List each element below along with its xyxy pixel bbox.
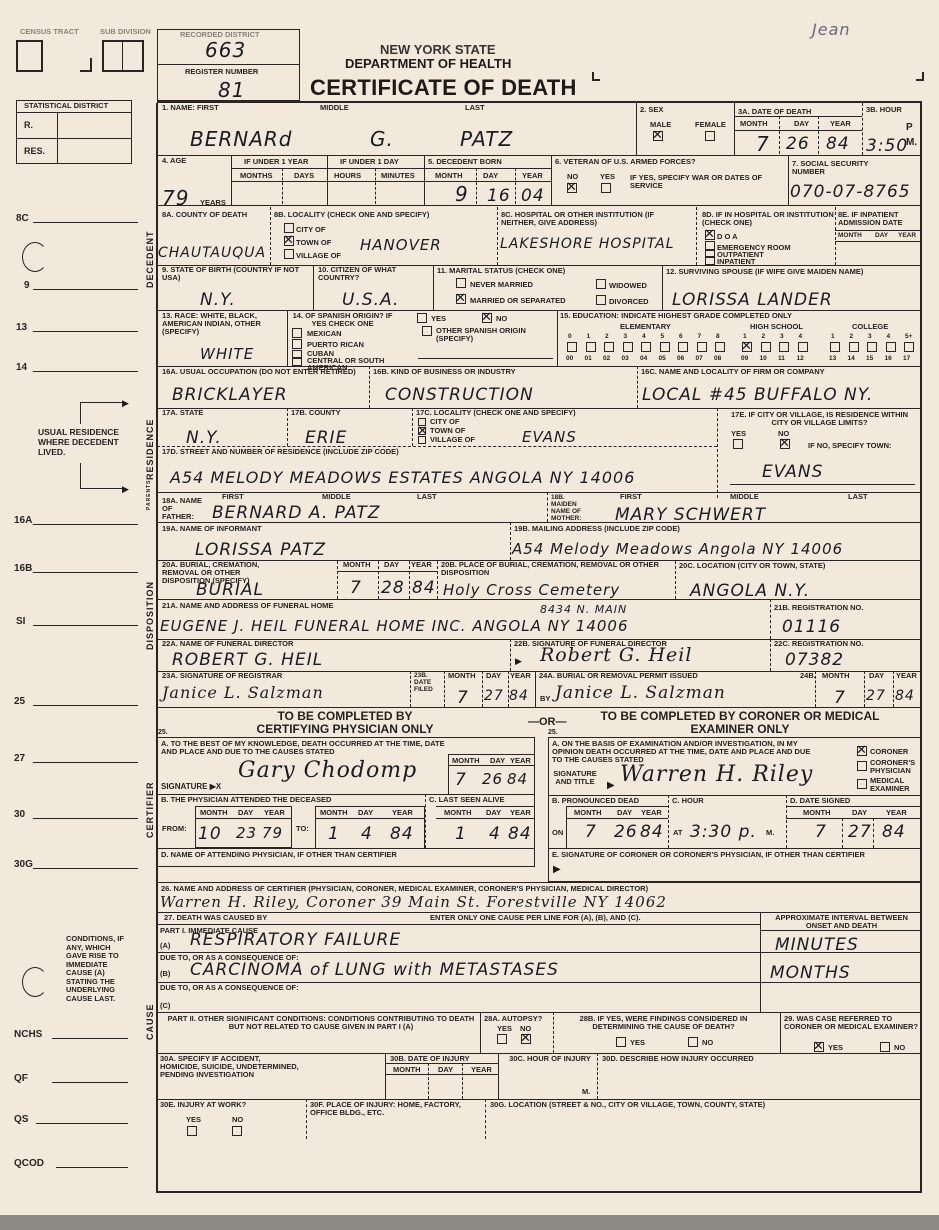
education-checkbox-10[interactable] xyxy=(761,342,771,352)
education-checkbox-02[interactable] xyxy=(604,342,614,352)
education-grade-label: 8 xyxy=(716,333,720,341)
sex-label: 2. Sex xyxy=(640,106,663,114)
coroner-role-label: Coroner xyxy=(870,748,908,756)
mother-last-label: Last xyxy=(848,493,868,501)
autopsy-no-checkbox[interactable] xyxy=(521,1034,531,1044)
physician-day-field[interactable]: 26 xyxy=(482,770,503,788)
middle-name-field[interactable]: G. xyxy=(370,127,394,151)
physician-statement-label: A. To the best of my knowledge, death oc… xyxy=(161,740,451,756)
injury-at-work-label: 30E. Injury at work? xyxy=(160,1101,246,1109)
mailing-address-field[interactable]: A54 Melody Meadows Angola NY 14006 xyxy=(512,540,843,558)
education-code-label: 14 xyxy=(848,355,855,363)
referred-label: 29. Was case referred to coroner or medi… xyxy=(784,1015,919,1031)
year-label: Year xyxy=(510,809,531,817)
doa-checkbox[interactable] xyxy=(705,230,715,240)
marital-status-label: 11. Marital Status (Check one) xyxy=(437,267,565,275)
education-code-label: 00 xyxy=(566,355,573,363)
married-label: Married or Separated xyxy=(470,297,566,305)
education-grade-label: 3 xyxy=(624,333,628,341)
scanner-edge xyxy=(0,1215,939,1230)
register-number-label: Register Number xyxy=(185,68,258,76)
hours-label: Hours xyxy=(334,172,361,180)
signed-day-field[interactable]: 27 xyxy=(848,822,872,842)
medical-examiner-label: Medical Examiner xyxy=(870,777,920,793)
signature-arrow-icon: ▶ xyxy=(515,656,522,667)
last-name-field[interactable]: PATZ xyxy=(460,127,513,151)
education-grade-label: 2 xyxy=(850,333,854,341)
permit-day-field[interactable]: 27 xyxy=(866,688,886,704)
arrow-right-icon: ▶ xyxy=(122,484,129,495)
surviving-spouse-label: 12. Surviving Spouse (If wife give maide… xyxy=(666,268,863,276)
education-grade-label: 5 xyxy=(661,333,665,341)
punch-hole-icon xyxy=(22,242,48,272)
day-label: Day xyxy=(483,172,498,180)
firm-field[interactable]: LOCAL #45 BUFFALO NY. xyxy=(642,385,873,405)
day-label: Day xyxy=(869,672,884,680)
injury-description-label: 30D. Describe how injury occurred xyxy=(602,1055,754,1063)
tab-residence: RESIDENCE xyxy=(145,418,155,480)
education-checkbox-06[interactable] xyxy=(678,342,688,352)
street-field[interactable]: A54 MELODY MEADOWS ESTATES ANGOLA NY 140… xyxy=(170,468,635,487)
accident-label: 30A. Specify if accident, homicide, suic… xyxy=(160,1055,300,1079)
pronounced-day-field[interactable]: 26 xyxy=(614,822,638,842)
census-tract-box[interactable] xyxy=(16,40,43,72)
education-grade-label: 3 xyxy=(780,333,784,341)
divorced-label: Divorced xyxy=(609,298,649,306)
physician-signature-field[interactable]: Gary Chodomp xyxy=(238,758,417,783)
year-label: Year xyxy=(411,561,432,569)
month-label: Month xyxy=(343,561,371,569)
race-field[interactable]: WHITE xyxy=(200,345,254,363)
education-checkbox-04[interactable] xyxy=(641,342,651,352)
education-grade-label: 1 xyxy=(831,333,835,341)
day-label: Day xyxy=(486,672,501,680)
permit-year-field[interactable]: 84 xyxy=(895,688,915,704)
department-title: DEPARTMENT OF HEALTH xyxy=(345,56,511,71)
injury-date-label: 30B. Date of Injury xyxy=(390,1055,470,1063)
locality-town-label: Town of xyxy=(296,239,331,247)
other-spanish-checkbox[interactable] xyxy=(422,326,432,336)
education-checkbox-03[interactable] xyxy=(623,342,633,352)
education-code-label: 09 xyxy=(741,355,748,363)
funeral-home-street[interactable]: 8434 N. MAIN xyxy=(540,603,627,616)
residence-state-field[interactable]: N.Y. xyxy=(186,428,222,448)
certifier-name-address-field[interactable]: Warren H. Riley, Coroner 39 Main St. For… xyxy=(160,893,667,911)
year-label: Year xyxy=(510,672,531,680)
education-checkbox-07[interactable] xyxy=(697,342,707,352)
education-checkbox-16[interactable] xyxy=(886,342,896,352)
mother-middle-label: Middle xyxy=(730,493,759,501)
never-married-label: Never Married xyxy=(470,281,533,289)
married-checkbox[interactable] xyxy=(456,294,466,304)
injury-hour-label: 30C. Hour of Injury xyxy=(500,1055,600,1063)
year-label: Year xyxy=(830,120,851,128)
education-grade-label: 6 xyxy=(679,333,683,341)
education-grade-label: 4 xyxy=(799,333,803,341)
coroner-role-checkbox[interactable] xyxy=(857,746,867,756)
findings-yes-checkbox[interactable] xyxy=(616,1037,626,1047)
margin-code-30g: 30G xyxy=(14,859,33,870)
locality-village-checkbox[interactable] xyxy=(284,249,294,259)
margin-code-9: 9 xyxy=(24,280,30,291)
education-checkbox-01[interactable] xyxy=(586,342,596,352)
other-spanish-label: Other Spanish Origin (Specify) xyxy=(436,327,546,343)
certifier-name-address-label: 26. Name and address of certifier (Physi… xyxy=(161,885,648,893)
puerto-rican-checkbox[interactable] xyxy=(292,339,302,349)
city-limits-no-checkbox[interactable] xyxy=(780,439,790,449)
surviving-spouse-field[interactable]: LORISSA LANDER xyxy=(672,290,833,310)
locality-village-label: Village of xyxy=(296,252,341,260)
central-american-checkbox[interactable] xyxy=(292,358,302,366)
in-hospital-label: 8D. If in hospital or institution (Check… xyxy=(702,211,834,227)
disposition-place-label: 20B. Place of burial, cremation, removal… xyxy=(441,561,661,577)
race-label: 13. Race: White, Black, American Indian,… xyxy=(162,312,282,336)
permit-month-field[interactable]: 7 xyxy=(834,688,846,708)
death-hour-field[interactable]: 3:50 xyxy=(866,136,908,156)
to-year-field[interactable]: 84 xyxy=(390,824,414,844)
locality-field[interactable]: HANOVER xyxy=(360,236,442,254)
month-label: Month xyxy=(200,809,228,817)
veteran-no-checkbox[interactable] xyxy=(567,183,577,193)
at-label: AT xyxy=(673,829,682,837)
mexican-label: Mexican xyxy=(307,330,342,338)
filed-year-field[interactable]: 84 xyxy=(509,688,529,704)
registrar-signature-field[interactable]: Janice L. Salzman xyxy=(162,683,324,702)
education-code-label: 08 xyxy=(714,355,721,363)
education-code-label: 13 xyxy=(829,355,836,363)
punch-hole-icon xyxy=(22,967,48,997)
age-field[interactable]: 79 xyxy=(162,186,189,210)
education-grade-label: 2 xyxy=(605,333,609,341)
district-row-r: R. xyxy=(24,121,33,129)
month-label: Month xyxy=(838,232,862,240)
year-label: Year xyxy=(896,672,917,680)
month-label: Month xyxy=(320,809,348,817)
hospital-label: 8C. Hospital or other institution (If ne… xyxy=(501,211,681,227)
autopsy-yes-checkbox[interactable] xyxy=(497,1034,507,1044)
residence-town-label: Town of xyxy=(430,427,465,435)
coroner-statement-label: A. On the basis of examination and/or in… xyxy=(552,740,812,764)
hospital-field[interactable]: LAKESHORE HOSPITAL xyxy=(500,236,675,252)
education-grade-label: 3 xyxy=(868,333,872,341)
usual-residence-note: USUAL RESIDENCE WHERE DECEDENT LIVED. xyxy=(38,427,128,457)
days-label: Days xyxy=(294,172,314,180)
education-checkbox-11[interactable] xyxy=(779,342,789,352)
permit-by-label: BY xyxy=(540,695,550,703)
hour-ampm: P M. xyxy=(906,120,916,150)
ssn-field[interactable]: 070-07-8765 xyxy=(790,182,911,202)
funeral-home-field[interactable]: EUGENE J. HEIL FUNERAL HOME INC. ANGOLA … xyxy=(160,617,629,635)
from-label: From: xyxy=(162,825,187,833)
death-certificate: Census Tract Sub Division Recorded Distr… xyxy=(0,0,939,1215)
disposition-method-field[interactable]: BURIAL xyxy=(196,580,264,600)
day-label: Day xyxy=(490,757,505,765)
death-month-field[interactable]: 7 xyxy=(756,132,770,156)
disposition-year-field[interactable]: 84 xyxy=(412,578,436,598)
margin-note: Jean xyxy=(812,20,851,39)
conditions-note: CONDITIONS, IF ANY, WHICH GAVE RISE TO I… xyxy=(66,935,128,1003)
hour-label: 3B. Hour xyxy=(866,106,902,114)
veteran-specify-label: If yes, specify war or dates of service xyxy=(630,174,780,190)
last-seen-month-field[interactable]: 1 xyxy=(455,824,467,844)
injury-hour-m: M. xyxy=(582,1088,590,1096)
education-checkbox-00[interactable] xyxy=(567,342,577,352)
education-checkbox-15[interactable] xyxy=(867,342,877,352)
coroner-signature-field[interactable]: Warren H. Riley xyxy=(620,762,813,787)
last-label: Last xyxy=(465,104,485,112)
sex-female-checkbox[interactable] xyxy=(705,131,715,141)
or-separator: —OR— xyxy=(528,718,567,726)
father-name-field[interactable]: BERNARD A. PATZ xyxy=(212,503,380,523)
puerto-rican-label: Puerto Rican xyxy=(307,341,364,349)
margin-code-25: 25 xyxy=(14,696,25,707)
disposition-location-label: 20C. Location (City or town, State) xyxy=(679,562,825,570)
education-code-label: 02 xyxy=(603,355,610,363)
state-title: NEW YORK STATE xyxy=(380,42,496,57)
findings-yes-label: Yes xyxy=(630,1039,645,1047)
veteran-label: 6. Veteran of U.S. Armed Forces? xyxy=(555,158,696,166)
cuban-checkbox[interactable] xyxy=(292,350,302,358)
day-label: Day xyxy=(852,809,867,817)
never-married-checkbox[interactable] xyxy=(456,278,466,288)
funeral-director-field[interactable]: ROBERT G. HEIL xyxy=(172,650,323,670)
spanish-origin-label: 14. Of Spanish Origin? If yes check one xyxy=(290,312,395,328)
sex-female-label: Female xyxy=(695,121,726,129)
spanish-no-checkbox[interactable] xyxy=(482,313,492,323)
residence-locality-label: 17C. Locality (Check one and specify) xyxy=(416,409,576,417)
death-day-field[interactable]: 26 xyxy=(786,134,810,154)
signed-year-field[interactable]: 84 xyxy=(882,822,906,842)
disposition-month-field[interactable]: 7 xyxy=(350,578,362,598)
education-code-label: 06 xyxy=(677,355,684,363)
specify-town-label: If no, specify town: xyxy=(808,442,891,450)
physician-year-field[interactable]: 84 xyxy=(507,770,528,788)
street-label: 17D. Street and number of residence (Inc… xyxy=(162,448,399,456)
day-label: Day xyxy=(438,1066,453,1074)
doa-label: D O A xyxy=(717,233,738,241)
state-of-birth-label: 9. State of Birth (Country if not USA) xyxy=(162,266,302,282)
spanish-no-label: No xyxy=(496,315,507,323)
tab-disposition: DISPOSITION xyxy=(145,581,155,650)
month-label: Month xyxy=(803,809,831,817)
last-seen-year-field[interactable]: 84 xyxy=(508,824,532,844)
widowed-checkbox[interactable] xyxy=(596,279,606,289)
month-label: Month xyxy=(435,172,463,180)
city-limits-yes-checkbox[interactable] xyxy=(733,439,743,449)
residence-town-checkbox[interactable] xyxy=(418,427,426,435)
pronounced-month-field[interactable]: 7 xyxy=(585,822,597,842)
date-filed-label: 23B. Date Filed xyxy=(414,672,442,693)
under-1-year-label: If under 1 year xyxy=(244,158,308,166)
disposition-location-field[interactable]: ANGOLA N.Y. xyxy=(690,581,810,601)
day-label: Day xyxy=(384,561,399,569)
arrow-right-icon: ▶ xyxy=(122,398,129,409)
director-signature-field[interactable]: Robert G. Heil xyxy=(540,644,692,666)
signed-month-field[interactable]: 7 xyxy=(815,822,827,842)
caused-by-label: 27. Death was caused by xyxy=(164,914,267,922)
veteran-yes-checkbox[interactable] xyxy=(601,183,611,193)
industry-label: 16B. Kind of business or industry xyxy=(373,368,516,376)
residence-locality-field[interactable]: EVANS xyxy=(522,428,577,446)
coroner-hour-field[interactable]: 3:30 p. xyxy=(690,822,757,842)
last-seen-label: C. Last seen alive xyxy=(429,796,505,804)
medical-examiner-checkbox[interactable] xyxy=(857,779,867,789)
education-checkbox-13[interactable] xyxy=(830,342,840,352)
name-label: 1. Name: First xyxy=(162,104,219,112)
year-label: Year xyxy=(264,809,285,817)
margin-code-qcod: QCOD xyxy=(14,1158,44,1169)
to-month-field[interactable]: 1 xyxy=(328,824,340,844)
sex-male-checkbox[interactable] xyxy=(653,131,663,141)
death-year-field[interactable]: 84 xyxy=(826,134,850,154)
director-reg-field[interactable]: 07382 xyxy=(785,650,844,670)
coroner-physician-checkbox[interactable] xyxy=(857,761,867,771)
education-checkbox-17[interactable] xyxy=(904,342,914,352)
education-code-label: 16 xyxy=(885,355,892,363)
education-elementary-label: Elementary xyxy=(620,323,671,331)
month-label: Month xyxy=(740,120,768,128)
mexican-checkbox[interactable] xyxy=(292,328,302,338)
education-checkbox-05[interactable] xyxy=(660,342,670,352)
occupation-label: 16A. Usual Occupation (Do not enter reti… xyxy=(162,368,356,376)
from-day-field[interactable]: 23 xyxy=(236,824,257,842)
industry-field[interactable]: CONSTRUCTION xyxy=(385,385,534,405)
coroner-heading: TO BE COMPLETED BY CORONER OR MEDICAL EX… xyxy=(600,710,880,736)
district-row-res: RES. xyxy=(24,147,45,155)
pronounced-year-field[interactable]: 84 xyxy=(640,822,664,842)
informant-field[interactable]: LORISSA PATZ xyxy=(195,540,326,560)
county-of-death-field[interactable]: CHAUTAUQUA xyxy=(158,245,266,261)
locality-town-checkbox[interactable] xyxy=(284,236,294,246)
permit-signature-field[interactable]: Janice L. Salzman xyxy=(555,683,726,703)
education-grade-label: 5+ xyxy=(905,333,912,341)
disposition-day-field[interactable]: 28 xyxy=(381,578,405,598)
margin-code-qf: QF xyxy=(14,1073,28,1084)
outpatient-checkbox[interactable] xyxy=(705,249,715,257)
filed-month-field[interactable]: 7 xyxy=(457,688,469,708)
funeral-reg-field[interactable]: 01116 xyxy=(782,617,841,637)
sub-division-label: Sub Division xyxy=(100,28,151,36)
year-label: Year xyxy=(392,809,413,817)
margin-code-16a: 16A xyxy=(14,515,32,526)
education-grade-label: 2 xyxy=(762,333,766,341)
education-grade-label: 1 xyxy=(587,333,591,341)
from-year-field[interactable]: 79 xyxy=(262,824,283,842)
born-year-field[interactable]: 04 xyxy=(521,186,545,206)
at-work-yes-checkbox[interactable] xyxy=(187,1126,197,1136)
director-reg-label: 22C. Registration No. xyxy=(774,640,863,648)
physician-month-field[interactable]: 7 xyxy=(455,770,467,790)
cause-c-label: (C) xyxy=(160,1002,170,1010)
citizen-field[interactable]: U.S.A. xyxy=(342,290,399,310)
referred-no-checkbox[interactable] xyxy=(880,1042,890,1052)
first-name-field[interactable]: BERNARd xyxy=(190,127,293,151)
filed-day-field[interactable]: 27 xyxy=(484,688,504,704)
locality-label: 8B. Locality (Check one and specify) xyxy=(274,211,429,219)
locality-city-label: City of xyxy=(296,226,325,234)
at-work-no-checkbox[interactable] xyxy=(232,1126,242,1136)
divorced-checkbox[interactable] xyxy=(596,295,606,305)
education-code-label: 03 xyxy=(622,355,629,363)
residence-city-label: City of xyxy=(430,418,459,426)
interval-label: Approximate interval between onset and d… xyxy=(764,914,919,930)
cause-b-label: (B) xyxy=(160,970,170,978)
born-day-field[interactable]: 16 xyxy=(487,186,511,206)
item-25-label: 25. xyxy=(158,729,168,737)
from-month-field[interactable]: 10 xyxy=(198,824,222,844)
day-label: Day xyxy=(238,809,253,817)
item-25-label: 25. xyxy=(548,729,558,737)
father-label: 18A. Name of Father: xyxy=(162,497,202,521)
education-code-label: 07 xyxy=(696,355,703,363)
middle-label: Middle xyxy=(320,104,349,112)
mother-first-label: First xyxy=(620,493,642,501)
disposition-place-field[interactable]: Holy Cross Cemetery xyxy=(443,581,620,599)
father-middle-label: Middle xyxy=(322,493,351,501)
margin-code-16b: 16B xyxy=(14,563,32,574)
margin-code-27: 27 xyxy=(14,753,25,764)
signature-arrow-icon: ▶ xyxy=(607,780,615,791)
city-limits-label: 17E. If city or village, is residence wi… xyxy=(722,411,917,427)
year-label: Year xyxy=(471,1066,492,1074)
referred-yes-checkbox[interactable] xyxy=(814,1042,824,1052)
county-of-death-label: 8A. County of Death xyxy=(162,211,247,219)
margin-code-8c: 8C xyxy=(16,213,29,224)
education-checkbox-14[interactable] xyxy=(849,342,859,352)
physician-signature-label: Signature ▶X xyxy=(161,783,221,791)
residence-county-field[interactable]: ERIE xyxy=(305,428,347,448)
specify-town-field[interactable]: EVANS xyxy=(762,462,823,482)
mailing-address-label: 19B. Mailing Address (Include zip code) xyxy=(514,525,680,533)
education-grade-label: 4 xyxy=(887,333,891,341)
cause-b-field[interactable]: CARCINOMA of LUNG with METASTASES xyxy=(190,960,559,980)
cause-a-field[interactable]: RESPIRATORY FAILURE xyxy=(190,930,401,950)
inpatient-checkbox[interactable] xyxy=(705,257,715,265)
part2-label: Part II. Other significant conditions: c… xyxy=(161,1015,481,1031)
margin-code-14: 14 xyxy=(16,362,27,373)
residence-village-checkbox[interactable] xyxy=(418,436,426,444)
spanish-yes-checkbox[interactable] xyxy=(417,313,427,323)
year-label: Year xyxy=(898,232,916,240)
sub-division-box[interactable] xyxy=(102,40,144,72)
day-label: Day xyxy=(875,232,888,240)
coroner-signature-label: Signature and Title xyxy=(552,770,598,786)
state-of-birth-field[interactable]: N.Y. xyxy=(200,290,236,310)
residence-county-label: 17B. County xyxy=(291,409,341,417)
education-checkbox-08[interactable] xyxy=(715,342,725,352)
occupation-field[interactable]: BRICKLAYER xyxy=(172,385,288,405)
injury-location-label: 30G. Location (Street & No., City or Vil… xyxy=(490,1101,765,1109)
hour-m-label: M. xyxy=(766,829,774,837)
attended-label: B. The physician attended the deceased xyxy=(161,796,331,804)
education-checkbox-12[interactable] xyxy=(798,342,808,352)
education-checkbox-09[interactable] xyxy=(742,342,752,352)
education-code-label: 05 xyxy=(659,355,666,363)
last-seen-day-field[interactable]: 4 xyxy=(489,824,501,844)
findings-no-checkbox[interactable] xyxy=(688,1037,698,1047)
minutes-label: Minutes xyxy=(381,172,415,180)
date-of-death-label: 3A. Date of Death xyxy=(738,108,811,116)
education-college-label: College xyxy=(852,323,888,331)
to-label: To: xyxy=(296,825,309,833)
tab-cause: CAUSE xyxy=(145,1003,155,1040)
born-month-field[interactable]: 9 xyxy=(455,182,469,206)
education-grade-label: 0 xyxy=(568,333,572,341)
year-label: Year xyxy=(641,809,662,817)
referred-no-label: No xyxy=(894,1044,905,1052)
interval-b-field[interactable]: MONTHS xyxy=(770,963,851,983)
to-day-field[interactable]: 4 xyxy=(361,824,373,844)
